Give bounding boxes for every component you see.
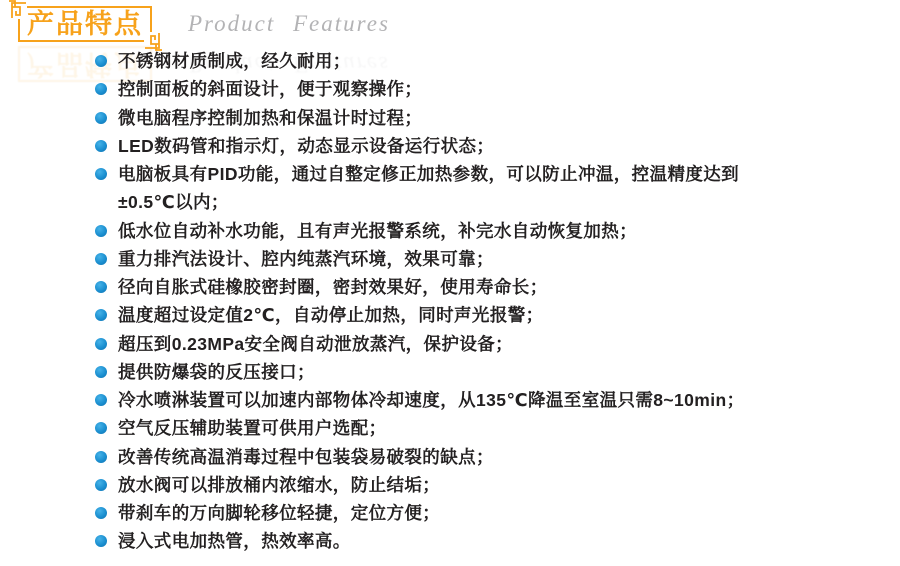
feature-item: 重力排汽法设计、腔内纯蒸汽环境，效果可靠；	[95, 245, 880, 273]
feature-item: 超压到0.23MPa安全阀自动泄放蒸汽，保护设备；	[95, 330, 880, 358]
feature-line: 温度超过设定值2℃，自动停止加热，同时声光报警；	[118, 301, 880, 329]
feature-text: LED数码管和指示灯，动态显示设备运行状态；	[118, 132, 880, 160]
bullet-icon	[95, 83, 107, 95]
feature-line: 改善传统高温消毒过程中包装袋易破裂的缺点；	[118, 443, 880, 471]
bullet-icon	[95, 225, 107, 237]
feature-text: 径向自胀式硅橡胶密封圈，密封效果好，使用寿命长；	[118, 273, 880, 301]
feature-text: 微电脑程序控制加热和保温计时过程；	[118, 104, 880, 132]
feature-item: 微电脑程序控制加热和保温计时过程；	[95, 104, 880, 132]
feature-item: 低水位自动补水功能，且有声光报警系统，补完水自动恢复加热；	[95, 217, 880, 245]
corner-ornament-icon	[7, 0, 27, 19]
feature-text: 不锈钢材质制成，经久耐用；	[118, 47, 880, 75]
feature-line: 浸入式电加热管，热效率高。	[118, 527, 880, 555]
feature-item: 提供防爆袋的反压接口；	[95, 358, 880, 386]
section-subtitle-en: Product Features	[188, 11, 390, 37]
feature-line: 放水阀可以排放桶内浓缩水，防止结垢；	[118, 471, 880, 499]
feature-item: 浸入式电加热管，热效率高。	[95, 527, 880, 555]
feature-text: 控制面板的斜面设计，便于观察操作；	[118, 75, 880, 103]
feature-text: 温度超过设定值2℃，自动停止加热，同时声光报警；	[118, 301, 880, 329]
feature-line: 提供防爆袋的反压接口；	[118, 358, 880, 386]
bullet-icon	[95, 253, 107, 265]
feature-item: 改善传统高温消毒过程中包装袋易破裂的缺点；	[95, 443, 880, 471]
feature-item: 空气反压辅助装置可供用户选配；	[95, 414, 880, 442]
section-badge: 产品特点	[18, 6, 152, 42]
feature-line: 空气反压辅助装置可供用户选配；	[118, 414, 880, 442]
bullet-icon	[95, 422, 107, 434]
feature-line: LED数码管和指示灯，动态显示设备运行状态；	[118, 132, 880, 160]
feature-item: 放水阀可以排放桶内浓缩水，防止结垢；	[95, 471, 880, 499]
bullet-icon	[95, 479, 107, 491]
feature-text: 重力排汽法设计、腔内纯蒸汽环境，效果可靠；	[118, 245, 880, 273]
feature-line: 冷水喷淋装置可以加速内部物体冷却速度，从135℃降温至室温只需8~10min；	[118, 386, 880, 414]
feature-item: 带刹车的万向脚轮移位轻捷，定位方便；	[95, 499, 880, 527]
feature-item: 控制面板的斜面设计，便于观察操作；	[95, 75, 880, 103]
feature-text: 改善传统高温消毒过程中包装袋易破裂的缺点；	[118, 443, 880, 471]
feature-item: 冷水喷淋装置可以加速内部物体冷却速度，从135℃降温至室温只需8~10min；	[95, 386, 880, 414]
feature-item: 电脑板具有PID功能，通过自整定修正加热参数，可以防止冲温，控温精度达到±0.5…	[95, 160, 880, 217]
feature-text: 低水位自动补水功能，且有声光报警系统，补完水自动恢复加热；	[118, 217, 880, 245]
feature-line: 控制面板的斜面设计，便于观察操作；	[118, 75, 880, 103]
feature-line: 带刹车的万向脚轮移位轻捷，定位方便；	[118, 499, 880, 527]
feature-item: 温度超过设定值2℃，自动停止加热，同时声光报警；	[95, 301, 880, 329]
bullet-icon	[95, 309, 107, 321]
feature-item: LED数码管和指示灯，动态显示设备运行状态；	[95, 132, 880, 160]
feature-text: 放水阀可以排放桶内浓缩水，防止结垢；	[118, 471, 880, 499]
bullet-icon	[95, 535, 107, 547]
bullet-icon	[95, 55, 107, 67]
feature-line: 电脑板具有PID功能，通过自整定修正加热参数，可以防止冲温，控温精度达到	[118, 160, 880, 188]
bullet-icon	[95, 281, 107, 293]
feature-text: 浸入式电加热管，热效率高。	[118, 527, 880, 555]
feature-line: 不锈钢材质制成，经久耐用；	[118, 47, 880, 75]
feature-line: 微电脑程序控制加热和保温计时过程；	[118, 104, 880, 132]
feature-line: 重力排汽法设计、腔内纯蒸汽环境，效果可靠；	[118, 245, 880, 273]
feature-item: 径向自胀式硅橡胶密封圈，密封效果好，使用寿命长；	[95, 273, 880, 301]
feature-list: 不锈钢材质制成，经久耐用； 控制面板的斜面设计，便于观察操作； 微电脑程序控制加…	[95, 47, 880, 556]
feature-text: 电脑板具有PID功能，通过自整定修正加热参数，可以防止冲温，控温精度达到±0.5…	[118, 160, 880, 217]
bullet-icon	[95, 394, 107, 406]
feature-line: 低水位自动补水功能，且有声光报警系统，补完水自动恢复加热；	[118, 217, 880, 245]
bullet-icon	[95, 112, 107, 124]
bullet-icon	[95, 168, 107, 180]
bullet-icon	[95, 507, 107, 519]
feature-text: 空气反压辅助装置可供用户选配；	[118, 414, 880, 442]
page-header: 产品特点 Product Features	[18, 6, 390, 42]
feature-line: 径向自胀式硅橡胶密封圈，密封效果好，使用寿命长；	[118, 273, 880, 301]
feature-text: 超压到0.23MPa安全阀自动泄放蒸汽，保护设备；	[118, 330, 880, 358]
feature-line: ±0.5℃以内；	[118, 188, 880, 216]
bullet-icon	[95, 451, 107, 463]
bullet-icon	[95, 366, 107, 378]
feature-text: 提供防爆袋的反压接口；	[118, 358, 880, 386]
bullet-icon	[95, 140, 107, 152]
feature-line: 超压到0.23MPa安全阀自动泄放蒸汽，保护设备；	[118, 330, 880, 358]
bullet-icon	[95, 338, 107, 350]
section-badge-label: 产品特点	[27, 9, 143, 39]
feature-text: 冷水喷淋装置可以加速内部物体冷却速度，从135℃降温至室温只需8~10min；	[118, 386, 880, 414]
feature-item: 不锈钢材质制成，经久耐用；	[95, 47, 880, 75]
feature-text: 带刹车的万向脚轮移位轻捷，定位方便；	[118, 499, 880, 527]
